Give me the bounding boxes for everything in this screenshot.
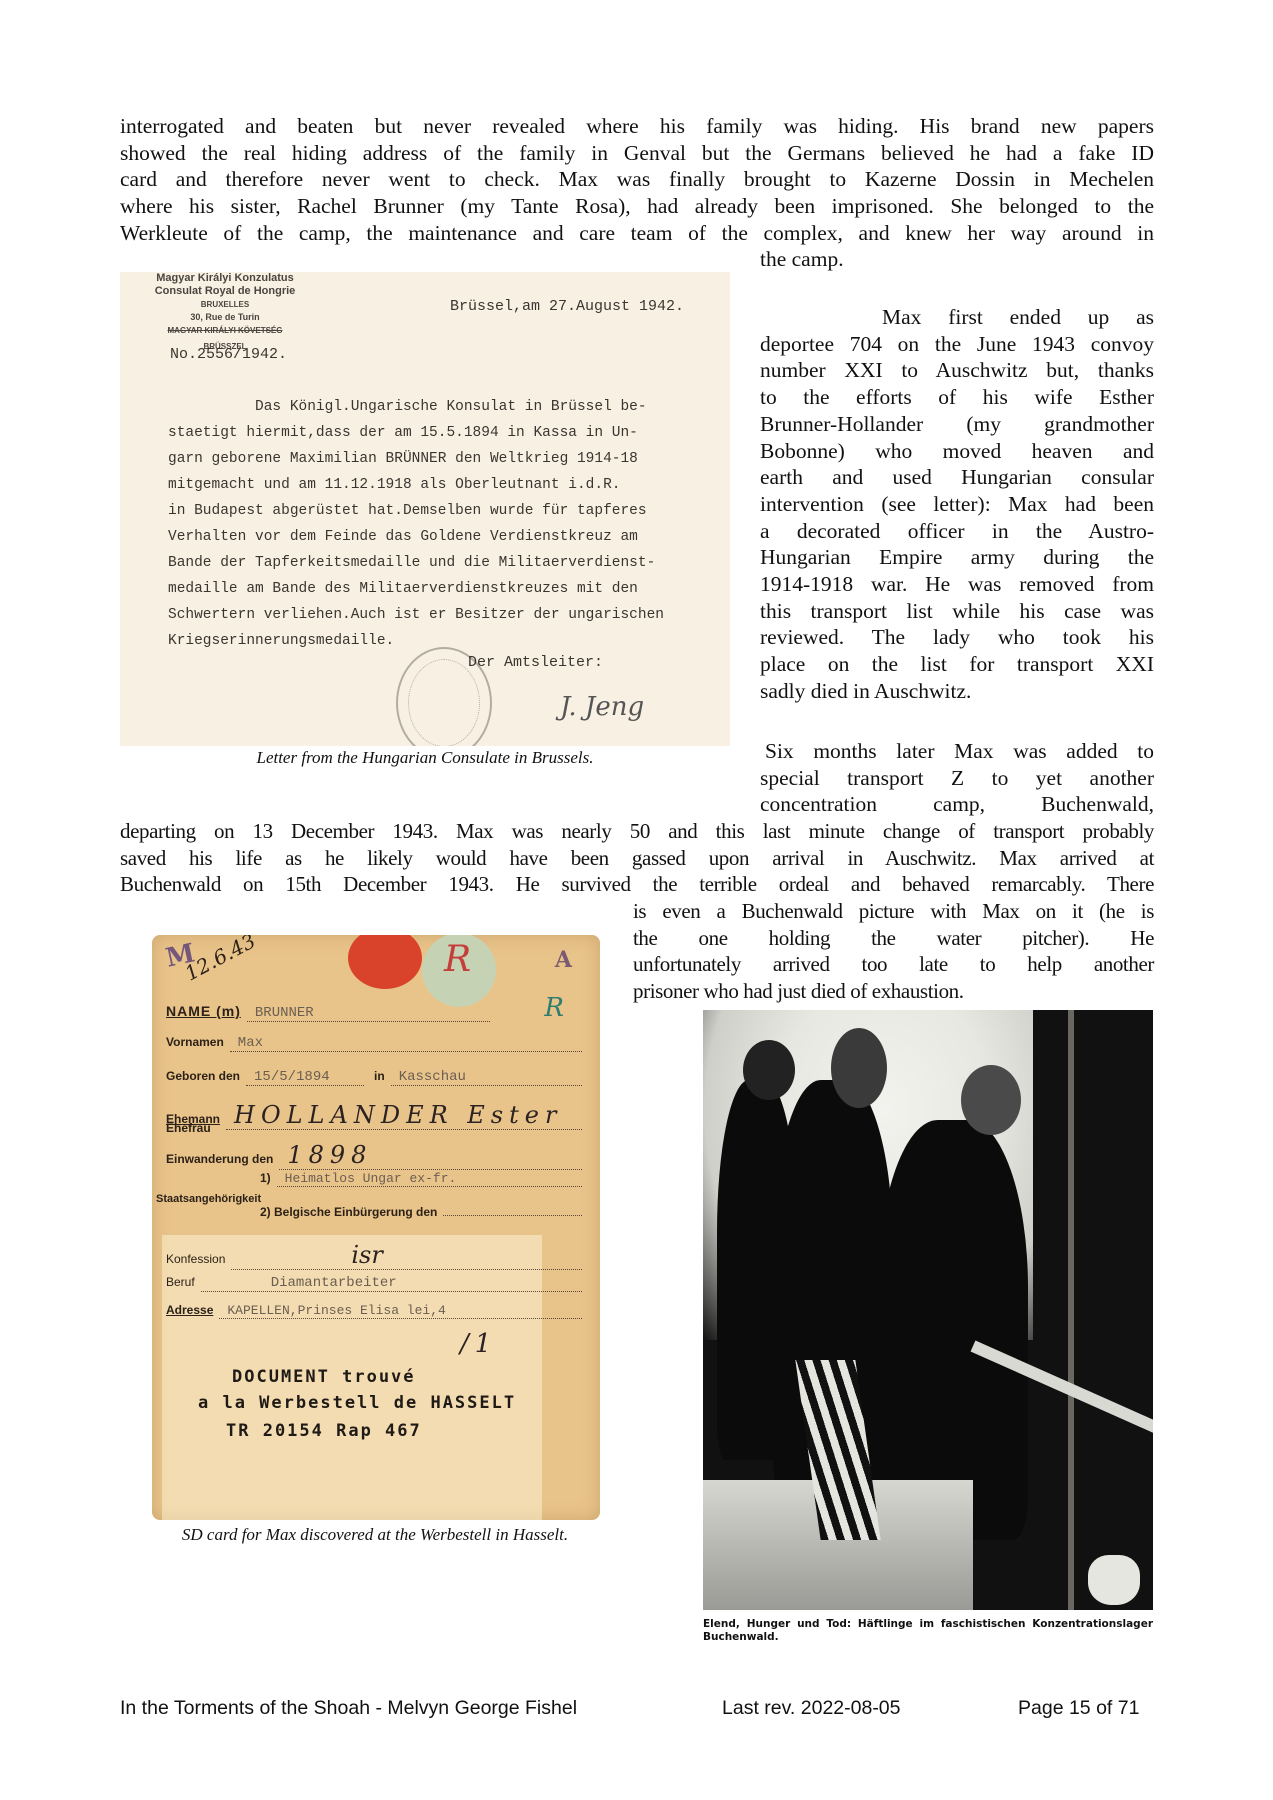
prisoner-figure [878,1120,1028,1540]
text-line: departing on 13 December 1943. Max was n… [120,818,1154,845]
text-line: unfortunately arrived too late to help a… [633,951,1154,978]
card-field-ehefrau: Ehefrau [166,1121,582,1135]
text-line: earth and used Hungarian consular [760,464,1154,491]
text-line: interrogated and beaten but never reveal… [120,113,1154,140]
letter-number: No.2556/1942. [170,346,287,363]
text-line: Bobonne) who moved heaven and [760,438,1154,465]
footer-title: In the Torments of the Shoah - Melvyn Ge… [120,1697,577,1720]
text-line: Max first ended up as [760,304,1154,331]
text-line: saved his life as he likely would have b… [120,845,1154,872]
text-line: sadly died in Auschwitz. [760,678,1154,705]
text-line: reviewed. The lady who took his [760,624,1154,651]
card-field-name: NAME (m) BRUNNER [166,1003,490,1022]
card-field-staats1: 1) Heimatlos Ungar ex-fr. [260,1171,582,1187]
photo-caption: Elend, Hunger und Tod: Häftlinge im fasc… [703,1618,1153,1644]
card-field-staats2: 2) Belgische Einbürgerung den [260,1205,582,1219]
letter-letterhead: Magyar Királyi Konzulatus Consulat Royal… [150,272,300,353]
buchenwald-photo [703,1010,1153,1610]
text-line: place on the list for transport XXI [760,651,1154,678]
text-line: intervention (see letter): Max had been [760,491,1154,518]
text-line: Brunner-Hollander (my grandmother [760,411,1154,438]
card-stamp-line: DOCUMENT trouvé [232,1367,416,1387]
card-field-vornamen: Vornamen Max [166,1035,582,1052]
text-line: Hungarian Empire army during the [760,544,1154,571]
letter-caption: Letter from the Hungarian Consulate in B… [120,748,730,768]
letter-sign-label: Der Amtsleiter: [468,654,603,671]
card-fraction: /1 [452,1329,580,1359]
water-pitcher-icon [1088,1555,1140,1605]
text-line: number XXI to Auschwitz but, thanks [760,357,1154,384]
text-line: where his sister, Rachel Brunner (my Tan… [120,193,1154,220]
card-corner-date: 12.6.43 [181,935,260,986]
text-line: Werkleute of the camp, the maintenance a… [120,220,1154,247]
sd-card-caption: SD card for Max discovered at the Werbes… [140,1525,610,1545]
footer-revision: Last rev. 2022-08-05 [722,1697,901,1720]
text-line: Six months later Max was added to [760,738,1154,765]
text-line: prisoner who had just died of exhaustion… [633,978,1154,1005]
paragraph-3-right: Six months later Max was added to specia… [760,738,1154,818]
text-line: a decorated officer in the Austro- [760,518,1154,545]
text-line: card and therefore never went to check. … [120,166,1154,193]
paragraph-1: interrogated and beaten but never reveal… [120,113,1154,247]
card-mark: R [544,993,564,1023]
card-field-beruf: Beruf Diamantarbeiter [166,1275,582,1292]
paragraph-3-right-2: is even a Buchenwald picture with Max on… [633,898,1154,1005]
text-line: this transport list while his case was [760,598,1154,625]
red-dot-icon [348,935,422,989]
card-stamp-line: a la Werbestell de HASSELT [198,1393,516,1413]
footer-page-number: Page 15 of 71 [1018,1697,1139,1720]
text-line: the one holding the water pitcher). He [633,925,1154,952]
text-line: to the efforts of his wife Esther [760,384,1154,411]
text-line: Buchenwald on 15th December 1943. He sur… [120,871,1154,898]
text-line: deportee 704 on the June 1943 convoy [760,331,1154,358]
card-field-staats: Staatsangehörigkeit [156,1193,582,1205]
text-line: concentration camp, Buchenwald, [760,791,1154,818]
card-corner-letter: A [555,947,572,973]
card-field-geboren: Geboren den 15/5/1894 in Kasschau [166,1069,582,1086]
text-line: the camp. [760,246,1154,273]
text-line: 1914-1918 war. He was removed from [760,571,1154,598]
sd-card-image: M 12.6.43 R A R NAME (m) BRUNNER Vorname… [152,935,600,1520]
card-field-adresse: Adresse KAPELLEN,Prinses Elisa lei,4 [166,1303,582,1319]
text-line: is even a Buchenwald picture with Max on… [633,898,1154,925]
paragraph-2: Max first ended up as deportee 704 on th… [760,304,1154,705]
card-stamp-line: TR 20154 Rap 467 [226,1421,422,1441]
green-dot-icon: R [422,935,496,1007]
letter-body: Das Königl.Ungarische Konsulat in Brüsse… [168,394,728,654]
card-field-konfession: Konfession isr [166,1241,582,1270]
text-line: showed the real hiding address of the fa… [120,140,1154,167]
letter-signature: J. Jeng [560,692,644,722]
card-field-einwanderung: Einwanderung den 1898 [166,1141,582,1170]
paragraph-1-tail: the camp. [760,246,1154,273]
paragraph-3-full: departing on 13 December 1943. Max was n… [120,818,1154,898]
text-line: special transport Z to yet another [760,765,1154,792]
consulate-letter-image: Magyar Királyi Konzulatus Consulat Royal… [120,272,730,746]
letter-date: Brüssel,am 27.August 1942. [450,298,684,315]
